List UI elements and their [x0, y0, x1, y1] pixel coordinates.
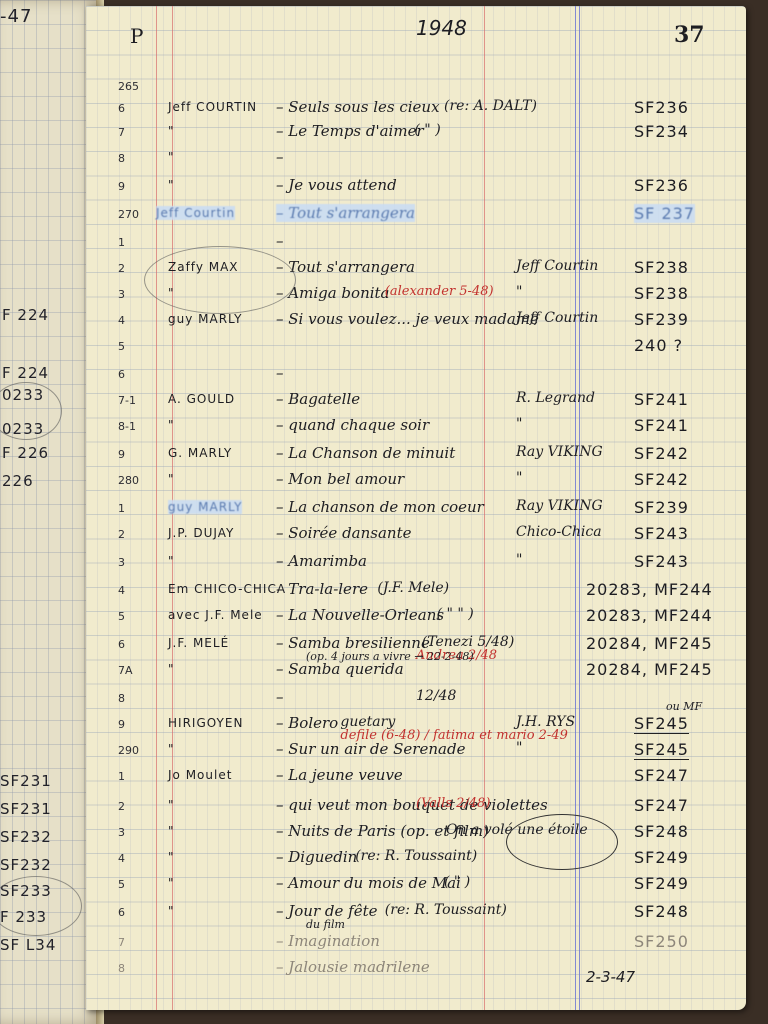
entry-artist: ": [168, 178, 175, 192]
entry-artist: HIRIGOYEN: [168, 716, 243, 730]
entry-artist: ": [168, 554, 175, 568]
entry-number: 5: [118, 878, 125, 891]
entry-code: SF238: [634, 284, 689, 303]
circle-mark: [0, 382, 62, 440]
entry-code: SF241: [634, 390, 689, 409]
column-rule: [484, 6, 485, 1010]
entry-number: 9: [118, 180, 125, 193]
entry-code: 20283, MF244: [586, 606, 713, 625]
entry-composer: Ray VIKING: [516, 444, 603, 460]
left-code: SF L34: [0, 936, 56, 954]
entry-composer: Ray VIKING: [516, 498, 603, 514]
entry-dash: –: [276, 148, 284, 166]
entry-title: – Mon bel amour: [276, 470, 404, 488]
entry-code: 20284, MF245: [586, 634, 713, 653]
left-code: SF231: [0, 772, 52, 790]
entry-title: – La chanson de mon coeur: [276, 498, 484, 516]
entry-note: ( " " ): [437, 606, 474, 622]
entry-number: 1: [118, 236, 125, 249]
left-code: SF231: [0, 800, 52, 818]
entry-artist: ": [168, 124, 175, 138]
entry-dash: –: [276, 232, 284, 250]
entry-code: 240 ?: [634, 336, 683, 355]
entry-title: – Bolero: [276, 714, 338, 732]
left-code: F 226: [2, 444, 49, 462]
entry-artist: Jeff COURTIN: [168, 100, 257, 114]
entry-title: – Je vous attend: [276, 176, 397, 194]
entry-number: 8: [118, 152, 125, 165]
footer-date-note: 2-3-47: [586, 968, 635, 986]
entry-number: 4: [118, 852, 125, 865]
page-number: 37: [674, 22, 705, 48]
entry-number: 7: [118, 126, 125, 139]
entry-artist: guy MARLY: [168, 500, 242, 514]
entry-composer: ": [516, 470, 522, 486]
entry-note: (re: R. Toussaint): [355, 848, 477, 864]
entry-number: 4: [118, 584, 125, 597]
entry-artist: ": [168, 662, 175, 676]
entry-title: – qui veut mon bouquet de violettes: [276, 796, 548, 814]
left-page: -47 F 224 F 224 0233 0233 F 226 226 SF23…: [0, 0, 98, 1024]
entry-artist: Jo Moulet: [168, 768, 232, 782]
entry-number: 7: [118, 936, 125, 949]
entry-number: 7A: [118, 664, 133, 677]
entry-composer: J.H. RYS: [516, 714, 575, 730]
entry-artist: ": [168, 418, 175, 432]
entry-number: 9: [118, 448, 125, 461]
entry-code: 20284, MF245: [586, 660, 713, 679]
left-page-header: -47: [0, 6, 32, 27]
entry-code: SF239: [634, 310, 689, 329]
entry-title: – La Nouvelle-Orleans: [276, 606, 444, 624]
left-code: SF232: [0, 828, 52, 846]
entry-code: SF236: [634, 176, 689, 195]
entry-number: 9: [118, 718, 125, 731]
entry-code: 20283, MF244: [586, 580, 713, 599]
entry-title: – Imagination: [276, 932, 380, 950]
entry-number: 3: [118, 288, 125, 301]
entry-title: – Le Temps d'aimer: [276, 122, 424, 140]
entry-code: SF245: [634, 714, 689, 734]
entry-artist: G. MARLY: [168, 446, 232, 460]
entry-artist: J.P. DUJAY: [168, 526, 234, 540]
entry-code: SF243: [634, 524, 689, 543]
entry-code: SF241: [634, 416, 689, 435]
entry-red-annotation: (Valls 2/48): [416, 796, 490, 811]
entry-number: 7-1: [118, 394, 136, 407]
entry-number: 5: [118, 340, 125, 353]
entry-code-struck: SF 237: [634, 204, 695, 223]
entry-number: 5: [118, 610, 125, 623]
entry-code: SF234: [634, 122, 689, 141]
entry-artist: ": [168, 472, 175, 486]
entry-number: 2: [118, 528, 125, 541]
entry-composer: Chico-Chica: [516, 524, 602, 540]
entry-artist: avec J.F. Mele: [168, 608, 263, 622]
entry-number: 2: [118, 262, 125, 275]
left-code: F 224: [2, 364, 49, 382]
entry-title: – Bagatelle: [276, 390, 360, 408]
margin-rule: [156, 6, 157, 1010]
entry-title: – Seuls sous les cieux: [276, 98, 440, 116]
entry-composer: Jeff Courtin: [516, 258, 598, 274]
entry-dash: –: [276, 688, 284, 706]
entry-code: SF248: [634, 902, 689, 921]
entry-artist: ": [168, 850, 175, 864]
entry-artist: ": [168, 150, 175, 164]
entry-number: 6: [118, 906, 125, 919]
entry-composer: ": [516, 740, 522, 756]
entry-number: 290: [118, 744, 139, 757]
entry-artist: A. GOULD: [168, 392, 235, 406]
entry-composer: Jeff Courtin: [516, 310, 598, 326]
entry-number: 6: [118, 102, 125, 115]
entry-title: – Soirée dansante: [276, 524, 411, 542]
entry-note: ( " ): [414, 122, 440, 138]
entry-title: – Tra-la-lere: [276, 580, 368, 598]
left-code: SF232: [0, 856, 52, 874]
entry-note: (re: A. DALT): [444, 98, 537, 114]
entry-code: SF242: [634, 444, 689, 463]
ledger-page: P 1948 37 2656Jeff COURTIN– Seuls sous l…: [86, 6, 746, 1010]
entry-title: – Tout s'arrangera: [276, 258, 415, 276]
entry-composer: ": [516, 284, 522, 300]
entry-title: – Diguedin: [276, 848, 357, 866]
entry-title: – Si vous voulez... je veux madame: [276, 310, 539, 328]
entry-red-annotation: (alexander 5-48): [385, 284, 494, 299]
entry-dash: –: [276, 364, 284, 382]
entry-note: (J.F. Mele): [377, 580, 449, 596]
circle-mark: [0, 876, 82, 936]
entry-number: 1: [118, 770, 125, 783]
entry-number: 6: [118, 638, 125, 651]
entry-number: 4: [118, 314, 125, 327]
entry-code: SF242: [634, 470, 689, 489]
entry-artist: J.F. MELÉ: [168, 636, 229, 650]
page-letter: P: [130, 24, 143, 48]
entry-composer: ": [516, 552, 522, 568]
entry-number: 270: [118, 208, 139, 221]
entry-number: 1: [118, 502, 125, 515]
entry-number: 8: [118, 692, 125, 705]
entry-code: SF243: [634, 552, 689, 571]
entry-sub-note: du film: [306, 918, 345, 931]
entry-note: ( " ): [444, 874, 470, 890]
entry-artist: ": [168, 824, 175, 838]
entry-artist: ": [168, 798, 175, 812]
entry-artist-struck: Jeff Courtin: [156, 206, 235, 220]
entry-artist: ": [168, 742, 175, 756]
entry-number: 2: [118, 800, 125, 813]
entry-artist: ": [168, 904, 175, 918]
entry-note: 12/48: [416, 688, 456, 704]
entry-code: SF245: [634, 740, 689, 760]
entry-number: 8-1: [118, 420, 136, 433]
entry-artist: ": [168, 876, 175, 890]
left-code: F 224: [2, 306, 49, 324]
entry-code: SF247: [634, 766, 689, 785]
entry-number: 8: [118, 962, 125, 975]
entry-number: 265: [118, 80, 139, 93]
entry-title: – La jeune veuve: [276, 766, 403, 784]
page-year: 1948: [416, 16, 467, 40]
entry-title: – La Chanson de minuit: [276, 444, 455, 462]
circle-mark: [506, 814, 618, 870]
entry-code: SF248: [634, 822, 689, 841]
circle-mark: [144, 246, 296, 314]
entry-title-struck: – Tout s'arrangera: [276, 204, 415, 222]
entry-code: SF238: [634, 258, 689, 277]
entry-title: – Samba querida: [276, 660, 404, 678]
entry-code: SF249: [634, 848, 689, 867]
entry-number: 3: [118, 556, 125, 569]
entry-title: – Amarimba: [276, 552, 367, 570]
left-code: 226: [2, 472, 34, 490]
entry-number: 6: [118, 368, 125, 381]
entry-title: – quand chaque soir: [276, 416, 429, 434]
entry-code: SF239: [634, 498, 689, 517]
entry-number: 280: [118, 474, 139, 487]
entry-composer: ": [516, 416, 522, 432]
entry-title: – Sur un air de Serenade: [276, 740, 465, 758]
entry-composer: R. Legrand: [516, 390, 595, 406]
entry-artist: guy MARLY: [168, 312, 242, 326]
entry-code: SF247: [634, 796, 689, 815]
entry-title: – Amour du mois de Mai: [276, 874, 461, 892]
entry-code: SF236: [634, 98, 689, 117]
entry-artist: Em CHICO-CHICA: [168, 582, 286, 596]
entry-code-note: ou MF: [666, 700, 702, 713]
entry-title: – Jalousie madrilene: [276, 958, 430, 976]
entry-code: SF249: [634, 874, 689, 893]
entry-note: (re: R. Toussaint): [385, 902, 507, 918]
entry-code: SF250: [634, 932, 689, 951]
entry-number: 3: [118, 826, 125, 839]
